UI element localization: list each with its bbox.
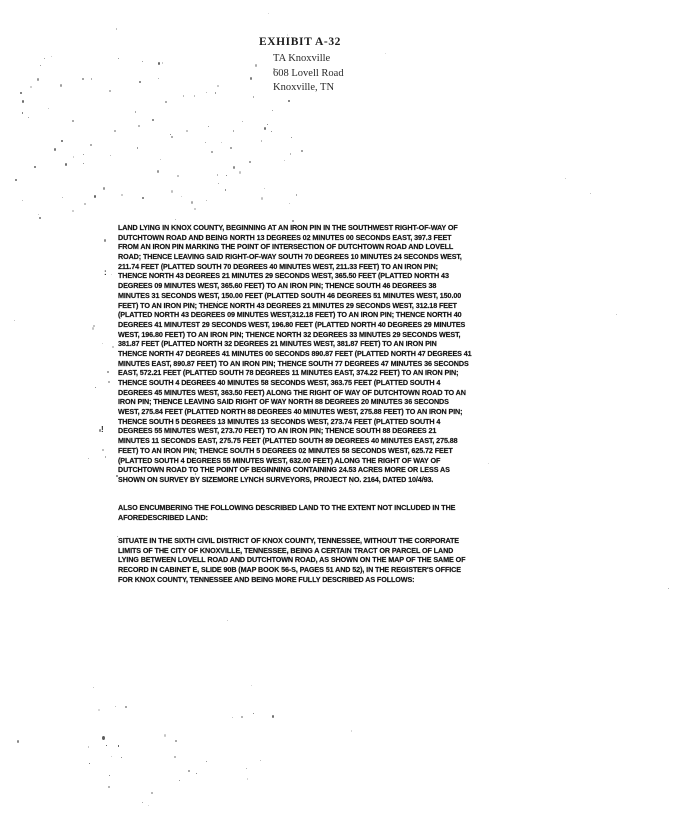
scan-speck [84,203,86,205]
scan-speck [350,484,351,485]
text-line: THENCE NORTH 47 DEGREES 41 MINUTES 00 SE… [118,349,502,359]
scan-speck [116,28,117,30]
scan-speck [73,156,74,158]
scan-speck [246,768,247,769]
scan-speck [260,760,261,761]
scan-speck [170,134,171,135]
scan-speck [104,239,106,242]
scan-speck [215,92,216,94]
scan-speck [88,746,89,748]
scan-speck [20,92,22,94]
scan-speck [92,327,94,330]
scan-speck [261,140,262,142]
scan-speck [117,536,118,537]
scan-speck [221,142,222,143]
scan-speck [135,111,136,113]
text-line: EAST, 572.21 FEET (PLATTED SOUTH 78 DEGR… [118,368,502,378]
scan-speck [88,458,89,459]
text-line: 211.74 FEET (PLATTED SOUTH 70 DEGREES 40… [118,262,502,272]
scan-speck [206,92,207,93]
scan-speck [160,159,161,160]
scan-speck [44,58,45,59]
text-line: 381.87 FEET (PLATTED NORTH 32 DEGREES 21… [118,339,502,349]
text-line: LYING BETWEEN LOVELL ROAD AND DUTCHTOWN … [118,555,502,565]
scan-speck [89,763,90,764]
scan-speck [165,101,167,103]
scan-speck [162,62,163,64]
scan-speck [268,13,269,14]
scan-speck [151,792,153,794]
scan-speck [158,62,160,65]
scan-speck [72,120,74,122]
scan-speck [616,314,617,315]
text-line: (PLATTED SOUTH 4 DEGREES 55 MINUTES WEST… [118,456,502,466]
scan-speck [290,153,291,155]
scan-speck [93,687,94,688]
scan-speck [116,475,118,477]
scan-speck [157,170,159,173]
scan-speck [261,197,263,200]
scan-speck [590,193,591,194]
scan-speck [61,140,63,142]
scan-speck [109,775,110,776]
text-line: DEGREES 09 MINUTES WEST, 365.60 FEET) TO… [118,281,502,291]
text-line: RECORD IN CABINET E, SLIDE 90B (MAP BOOK… [118,565,502,575]
scan-speck [38,214,39,215]
scan-speck [232,717,233,718]
scan-speck [181,196,182,197]
scan-speck [142,802,143,803]
scan-speck [121,757,122,758]
scan-speck [60,84,62,87]
scan-speck [177,175,179,177]
scan-speck [291,137,292,138]
address-line-company: TA Knoxville [273,52,344,67]
scan-speck [247,778,248,780]
scan-speck [22,200,23,201]
scan-speck [98,709,100,711]
scan-speck [148,805,149,806]
scan-speck [152,119,154,121]
scan-speck [106,745,107,746]
scan-speck [288,100,290,102]
scan-speck [118,745,119,747]
scan-speck [668,588,669,589]
text-line: THENCE SOUTH 5 DEGREES 13 MINUTES 13 SEC… [118,417,502,427]
scan-speck [142,197,144,199]
text-line: (PLATTED NORTH 43 DEGREES 09 MINUTES WES… [118,310,502,320]
scan-speck [17,740,19,743]
text-line: DUTCHTOWN ROAD AND BEING NORTH 13 DEGREE… [118,233,502,243]
scan-speck [105,456,106,458]
scan-speck [40,65,41,66]
scan-speck [22,112,23,114]
scan-speck [183,95,184,97]
text-line: WEST, 196.80 FEET) TO AN IRON PIN; THENC… [118,330,502,340]
exhibit-title: EXHIBIT A-32 [0,36,600,48]
text-line: THENCE SOUTH 4 DEGREES 40 MINUTES 58 SEC… [118,378,502,388]
text-line: DEGREES 45 MINUTES WEST, 363.50 FEET) AL… [118,388,502,398]
scan-speck [217,85,219,87]
text-line: IRON PIN; THENCE LEAVING SAID RIGHT OF W… [118,397,502,407]
address-line-street: 608 Lovell Road [273,67,344,82]
scan-speck [206,761,207,762]
scan-speck [253,713,254,714]
text-line: FEET) TO AN IRON PIN; THENCE NORTH 43 DE… [118,301,502,311]
scan-speck [102,736,105,740]
scan-artifact-glyph: : [104,268,107,277]
scan-speck [242,121,243,122]
scan-speck [48,108,49,109]
scan-speck [103,187,105,190]
scan-speck [94,195,96,198]
scan-speck [233,166,235,169]
address-line-city: Knoxville, TN [273,81,344,96]
scan-speck [175,740,177,742]
text-line: DUTCHTOWN ROAD TO THE POINT OF BEGINNING… [118,465,502,475]
scan-speck [95,387,96,388]
scan-speck [255,64,257,67]
scan-speck [272,110,273,111]
scan-speck [108,381,110,383]
scan-speck [107,371,109,373]
scan-speck [264,127,266,130]
scan-speck [271,131,272,132]
scan-speck [413,379,414,381]
text-line: MINUTES 31 SECONDS WEST, 150.00 FEET (PL… [118,291,502,301]
scan-speck [241,716,243,718]
scan-speck [102,449,104,451]
scan-speck [62,197,63,198]
scan-speck [206,200,207,201]
scan-speck [171,136,173,138]
text-line: THENCE NORTH 43 DEGREES 21 MINUTES 29 SE… [118,271,502,281]
paragraph-situate-clause: SITUATE IN THE SIXTH CIVIL DISTRICT OF K… [118,536,502,584]
scan-speck [138,125,140,127]
scan-speck [174,756,176,758]
scan-speck [118,58,119,59]
scan-speck [191,201,193,204]
scan-speck [227,620,228,621]
scan-speck [251,685,252,686]
scan-speck [230,147,232,149]
scan-speck [125,706,127,708]
scan-speck [15,179,17,181]
scan-speck [22,100,24,103]
scan-speck [83,154,84,155]
scan-speck [121,194,123,196]
text-line: MINUTES EAST, 890.87 FEET) TO AN IRON PI… [118,359,502,369]
text-line: FROM AN IRON PIN MARKING THE POINT OF IN… [118,242,502,252]
paragraph-encumbrance-note: ALSO ENCUMBERING THE FOLLOWING DESCRIBED… [118,503,502,522]
scan-speck [54,148,56,151]
text-line: ALSO ENCUMBERING THE FOLLOWING DESCRIBED… [118,503,502,513]
text-line: DEGREES 41 MINUTEST 29 SECONDS WEST, 196… [118,320,502,330]
scan-speck [171,190,173,193]
text-line: LAND LYING IN KNOX COUNTY, BEGINNING AT … [118,223,502,233]
scan-artifact-glyph: ! [101,425,104,434]
scan-speck [250,77,252,80]
scan-speck [211,151,213,153]
scan-speck [289,203,290,204]
text-line: SITUATE IN THE SIXTH CIVIL DISTRICT OF K… [118,536,502,546]
scan-speck [179,780,180,781]
scan-speck [164,734,166,737]
scan-speck [142,61,143,62]
scan-speck [239,171,241,174]
scan-speck [139,81,141,83]
scan-speck [226,175,227,176]
scan-speck [194,208,196,210]
scan-speck [14,320,15,321]
scan-speck [233,130,234,132]
scan-speck [351,730,352,732]
scan-speck [110,155,111,156]
text-line: DEGREES 55 MINUTES WEST, 273.70 FEET) TO… [118,426,502,436]
scan-speck [385,53,386,54]
scan-speck [65,163,67,166]
scan-speck [208,126,209,127]
scan-speck [217,174,218,176]
scan-speck [108,786,110,788]
scan-speck [225,189,226,191]
scan-speck [30,86,32,88]
scan-speck [111,756,112,757]
scan-speck [112,346,114,348]
scan-speck [175,219,176,220]
scan-speck [72,210,74,212]
scan-speck [253,96,254,98]
scan-speck [218,183,219,184]
scan-speck [264,188,265,189]
scan-speck [115,706,116,707]
text-line: WEST, 275.84 FEET (PLATTED NORTH 88 DEGR… [118,407,502,417]
scan-speck [102,343,103,344]
scan-speck [37,78,39,81]
scan-speck [111,274,112,275]
text-line: LIMITS OF THE CITY OF KNOXVILLE, TENNESS… [118,546,502,556]
text-line: FEET) TO AN IRON PIN; THENCE SOUTH 5 DEG… [118,446,502,456]
scan-speck [158,78,159,79]
scan-speck [272,715,274,718]
text-line: FOR KNOX COUNTY, TENNESSEE AND BEING MOR… [118,575,502,585]
scan-speck [34,166,36,168]
scan-speck [186,130,188,132]
scan-speck [194,95,195,97]
scan-speck [39,217,41,219]
scan-speck [196,773,197,774]
address-block: TA Knoxville 608 Lovell Road Knoxville, … [273,52,344,96]
scan-speck [273,68,275,70]
text-line: MINUTES 11 SECONDS EAST, 275.75 FEET (PL… [118,436,502,446]
scan-speck [205,142,206,143]
scan-speck [82,78,84,80]
paragraph-legal-description: LAND LYING IN KNOX COUNTY, BEGINNING AT … [118,223,502,485]
scan-speck [137,147,138,149]
text-line: ROAD; THENCE LEAVING SAID RIGHT-OF-WAY S… [118,252,502,262]
scan-speck [114,130,116,132]
text-line: AFOREDESCRIBED LAND: [118,513,502,523]
scan-speck [109,90,111,92]
scan-speck [51,56,52,57]
scan-speck [91,78,92,80]
scan-speck [249,161,251,163]
scan-speck [90,144,92,146]
scan-speck [188,770,190,772]
scan-speck [565,178,566,179]
scan-speck [28,117,29,118]
scan-speck [272,305,273,306]
scan-speck [267,124,268,125]
scan-speck [301,150,303,152]
scan-speck [296,194,297,196]
document-page: EXHIBIT A-32 TA Knoxville 608 Lovell Roa… [0,0,680,820]
text-line: SHOWN ON SURVEY BY SIZEMORE LYNCH SURVEY… [118,475,502,485]
scan-speck [284,160,285,161]
scan-speck [83,163,84,164]
